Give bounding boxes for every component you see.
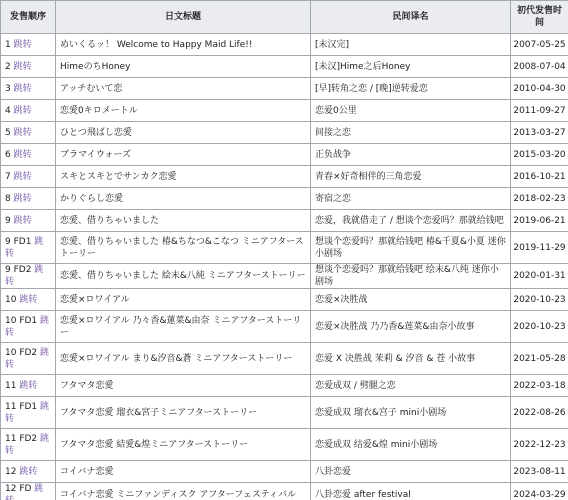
release-order-cell: 10 FD2 跳转: [1, 343, 56, 375]
table-row: 9 FD1 跳转恋愛、借りちゃいました 椿&ちなつ&こなつ ミニアフターストーリ…: [1, 232, 568, 264]
japanese-title-cell: フタマタ恋愛 結愛&煌ミニアフターストーリー: [56, 429, 311, 461]
chinese-name-cell: 恋爱成双 / 劈腿之恋: [311, 375, 511, 397]
release-order: 12 FD: [5, 484, 31, 494]
release-order: 9 FD1: [5, 237, 31, 247]
japanese-title-cell: アッチむいて恋: [56, 78, 311, 100]
release-date-cell: 2007-05-25: [511, 34, 568, 56]
release-order-cell: 9 跳转: [1, 210, 56, 232]
chinese-name-cell: 间接之恋: [311, 122, 511, 144]
japanese-title-cell: フタマタ恋愛: [56, 375, 311, 397]
chinese-name-cell: 恋爱成双 结爱&煌 mini小剧场: [311, 429, 511, 461]
release-date-cell: 2022-12-23: [511, 429, 568, 461]
release-order: 7: [5, 172, 11, 182]
japanese-title-cell: スキとスキとでサンカク恋愛: [56, 166, 311, 188]
release-order-cell: 9 FD2 跳转: [1, 264, 56, 289]
japanese-title-cell: 恋愛0キロメートル: [56, 100, 311, 122]
japanese-title-cell: 恋愛、借りちゃいました 絵未&八純 ミニアフターストーリー: [56, 264, 311, 289]
release-order: 11 FD2: [5, 434, 37, 444]
release-order: 11 FD1: [5, 402, 37, 412]
release-order-cell: 11 FD1 跳转: [1, 397, 56, 429]
release-order-cell: 1 跳转: [1, 34, 56, 56]
japanese-title-cell: ブラマイウォーズ: [56, 144, 311, 166]
release-order: 9 FD2: [5, 265, 31, 275]
release-table: 发售顺序 日文标题 民间译名 初代发售时间 1 跳转めいくるッ！ Welcome…: [0, 0, 568, 500]
release-date-cell: 2020-10-23: [511, 289, 568, 311]
table-row: 6 跳转ブラマイウォーズ正负战争2015-03-20: [1, 144, 568, 166]
table-row: 9 FD2 跳转恋愛、借りちゃいました 絵未&八純 ミニアフターストーリー想谈个…: [1, 264, 568, 289]
release-date-cell: 2011-09-27: [511, 100, 568, 122]
chinese-name-cell: 青春×好奇相伴的三角恋爱: [311, 166, 511, 188]
release-date-cell: 2016-10-21: [511, 166, 568, 188]
table-body: 1 跳转めいくるッ！ Welcome to Happy Maid Life!![…: [1, 34, 568, 500]
release-order: 11: [5, 381, 16, 391]
table-row: 1 跳转めいくるッ！ Welcome to Happy Maid Life!![…: [1, 34, 568, 56]
header-japanese-title: 日文标题: [56, 1, 311, 34]
table-header-row: 发售顺序 日文标题 民间译名 初代发售时间: [1, 1, 568, 34]
release-order-cell: 10 跳转: [1, 289, 56, 311]
chinese-name-cell: [未汉]Hime之后Honey: [311, 56, 511, 78]
chinese-name-cell: [早]转角之恋 / [晚]逆转爱恋: [311, 78, 511, 100]
release-date-cell: 2020-01-31: [511, 264, 568, 289]
japanese-title-cell: 恋愛、借りちゃいました: [56, 210, 311, 232]
japanese-title-cell: 恋愛、借りちゃいました 椿&ちなつ&こなつ ミニアフターストーリー: [56, 232, 311, 264]
release-order-cell: 11 FD2 跳转: [1, 429, 56, 461]
japanese-title-cell: 恋愛×ロワイアル 乃々香&蓮菜&由奈 ミニアフターストーリー: [56, 311, 311, 343]
release-order: 5: [5, 128, 11, 138]
release-order: 10 FD2: [5, 348, 37, 358]
jump-link[interactable]: 跳转: [14, 194, 32, 204]
japanese-title-cell: ひとつ飛ばし恋愛: [56, 122, 311, 144]
jump-link[interactable]: 跳转: [14, 62, 32, 72]
release-order-cell: 10 FD1 跳转: [1, 311, 56, 343]
release-date-cell: 2021-05-28: [511, 343, 568, 375]
release-order-cell: 2 跳转: [1, 56, 56, 78]
chinese-name-cell: 恋爱×决胜战 乃乃香&莲菜&由奈小故事: [311, 311, 511, 343]
jump-link[interactable]: 跳转: [19, 467, 37, 477]
release-order-cell: 5 跳转: [1, 122, 56, 144]
table-row: 12 跳转コイバナ恋愛八卦恋爱2023-08-11: [1, 461, 568, 483]
chinese-name-cell: 恋爱，我就借走了 / 想谈个恋爱吗？那就给钱吧: [311, 210, 511, 232]
release-date-cell: 2015-03-20: [511, 144, 568, 166]
japanese-title-cell: 恋愛×ロワイアル: [56, 289, 311, 311]
release-order-cell: 4 跳转: [1, 100, 56, 122]
japanese-title-cell: かりぐらし恋愛: [56, 188, 311, 210]
release-order: 10: [5, 295, 16, 305]
release-date-cell: 2023-08-11: [511, 461, 568, 483]
jump-link[interactable]: 跳转: [14, 216, 32, 226]
jump-link[interactable]: 跳转: [14, 172, 32, 182]
release-date-cell: 2024-03-29: [511, 483, 568, 500]
release-order-cell: 7 跳转: [1, 166, 56, 188]
release-date-cell: 2010-04-30: [511, 78, 568, 100]
jump-link[interactable]: 跳转: [14, 106, 32, 116]
release-order-cell: 3 跳转: [1, 78, 56, 100]
release-date-cell: 2013-03-27: [511, 122, 568, 144]
japanese-title-cell: HimeのちHoney: [56, 56, 311, 78]
release-order: 9: [5, 216, 11, 226]
release-order: 2: [5, 62, 11, 72]
table-row: 5 跳转ひとつ飛ばし恋愛间接之恋2013-03-27: [1, 122, 568, 144]
release-order: 4: [5, 106, 11, 116]
chinese-name-cell: [未汉完]: [311, 34, 511, 56]
release-order-cell: 11 跳转: [1, 375, 56, 397]
chinese-name-cell: 恋爱 X 决胜战 茉莉 & 汐音 & 苍 小故事: [311, 343, 511, 375]
release-order: 6: [5, 150, 11, 160]
release-date-cell: 2018-02-23: [511, 188, 568, 210]
table-row: 11 FD1 跳转フタマタ恋愛 瑠衣&宮子ミニアフターストーリー恋爱成双 瑠衣&…: [1, 397, 568, 429]
chinese-name-cell: 正负战争: [311, 144, 511, 166]
table-row: 7 跳转スキとスキとでサンカク恋愛青春×好奇相伴的三角恋爱2016-10-21: [1, 166, 568, 188]
japanese-title-cell: めいくるッ！ Welcome to Happy Maid Life!!: [56, 34, 311, 56]
chinese-name-cell: 想谈个恋爱吗？那就给钱吧 椿&千夏&小夏 迷你小剧场: [311, 232, 511, 264]
header-release-order: 发售顺序: [1, 1, 56, 34]
release-order: 8: [5, 194, 11, 204]
chinese-name-cell: 寄宿之恋: [311, 188, 511, 210]
release-date-cell: 2022-03-18: [511, 375, 568, 397]
release-order-cell: 9 FD1 跳转: [1, 232, 56, 264]
jump-link[interactable]: 跳转: [14, 128, 32, 138]
japanese-title-cell: コイバナ恋愛 ミニファンディスク アフターフェスティバル: [56, 483, 311, 500]
release-order-cell: 12 跳转: [1, 461, 56, 483]
release-order-cell: 6 跳转: [1, 144, 56, 166]
jump-link[interactable]: 跳转: [19, 295, 37, 305]
release-date-cell: 2008-07-04: [511, 56, 568, 78]
table-row: 10 FD2 跳转恋愛×ロワイアル まり&汐音&蒼 ミニアフターストーリー恋爱 …: [1, 343, 568, 375]
table-row: 10 跳转恋愛×ロワイアル恋爱×决胜战2020-10-23: [1, 289, 568, 311]
table-row: 4 跳转恋愛0キロメートル恋爱0公里2011-09-27: [1, 100, 568, 122]
table-row: 10 FD1 跳转恋愛×ロワイアル 乃々香&蓮菜&由奈 ミニアフターストーリー恋…: [1, 311, 568, 343]
japanese-title-cell: コイバナ恋愛: [56, 461, 311, 483]
table-row: 11 跳转フタマタ恋愛恋爱成双 / 劈腿之恋2022-03-18: [1, 375, 568, 397]
table-row: 3 跳转アッチむいて恋[早]转角之恋 / [晚]逆转爱恋2010-04-30: [1, 78, 568, 100]
japanese-title-cell: 恋愛×ロワイアル まり&汐音&蒼 ミニアフターストーリー: [56, 343, 311, 375]
table-row: 11 FD2 跳转フタマタ恋愛 結愛&煌ミニアフターストーリー恋爱成双 结爱&煌…: [1, 429, 568, 461]
table-row: 2 跳转HimeのちHoney[未汉]Hime之后Honey2008-07-04: [1, 56, 568, 78]
jump-link[interactable]: 跳转: [14, 84, 32, 94]
release-date-cell: 2019-06-21: [511, 210, 568, 232]
chinese-name-cell: 恋爱成双 瑠衣&宫子 mini小剧场: [311, 397, 511, 429]
release-date-cell: 2019-11-29: [511, 232, 568, 264]
chinese-name-cell: 恋爱×决胜战: [311, 289, 511, 311]
header-chinese-name: 民间译名: [311, 1, 511, 34]
release-order-cell: 8 跳转: [1, 188, 56, 210]
release-order: 12: [5, 467, 16, 477]
table-row: 8 跳转かりぐらし恋愛寄宿之恋2018-02-23: [1, 188, 568, 210]
release-order: 1: [5, 40, 11, 50]
chinese-name-cell: 八卦恋爱: [311, 461, 511, 483]
chinese-name-cell: 恋爱0公里: [311, 100, 511, 122]
release-order: 10 FD1: [5, 316, 37, 326]
jump-link[interactable]: 跳转: [14, 40, 32, 50]
release-date-cell: 2022-08-26: [511, 397, 568, 429]
jump-link[interactable]: 跳转: [14, 150, 32, 160]
release-order-cell: 12 FD 跳转: [1, 483, 56, 500]
table-row: 9 跳转恋愛、借りちゃいました恋爱，我就借走了 / 想谈个恋爱吗？那就给钱吧20…: [1, 210, 568, 232]
chinese-name-cell: 八卦恋爱 after festival: [311, 483, 511, 500]
japanese-title-cell: フタマタ恋愛 瑠衣&宮子ミニアフターストーリー: [56, 397, 311, 429]
header-release-date: 初代发售时间: [511, 1, 568, 34]
release-date-cell: 2020-10-23: [511, 311, 568, 343]
chinese-name-cell: 想谈个恋爱吗？那就给钱吧 绘未&八纯 迷你小剧场: [311, 264, 511, 289]
jump-link[interactable]: 跳转: [19, 381, 37, 391]
table-row: 12 FD 跳转コイバナ恋愛 ミニファンディスク アフターフェスティバル八卦恋爱…: [1, 483, 568, 500]
release-order: 3: [5, 84, 11, 94]
